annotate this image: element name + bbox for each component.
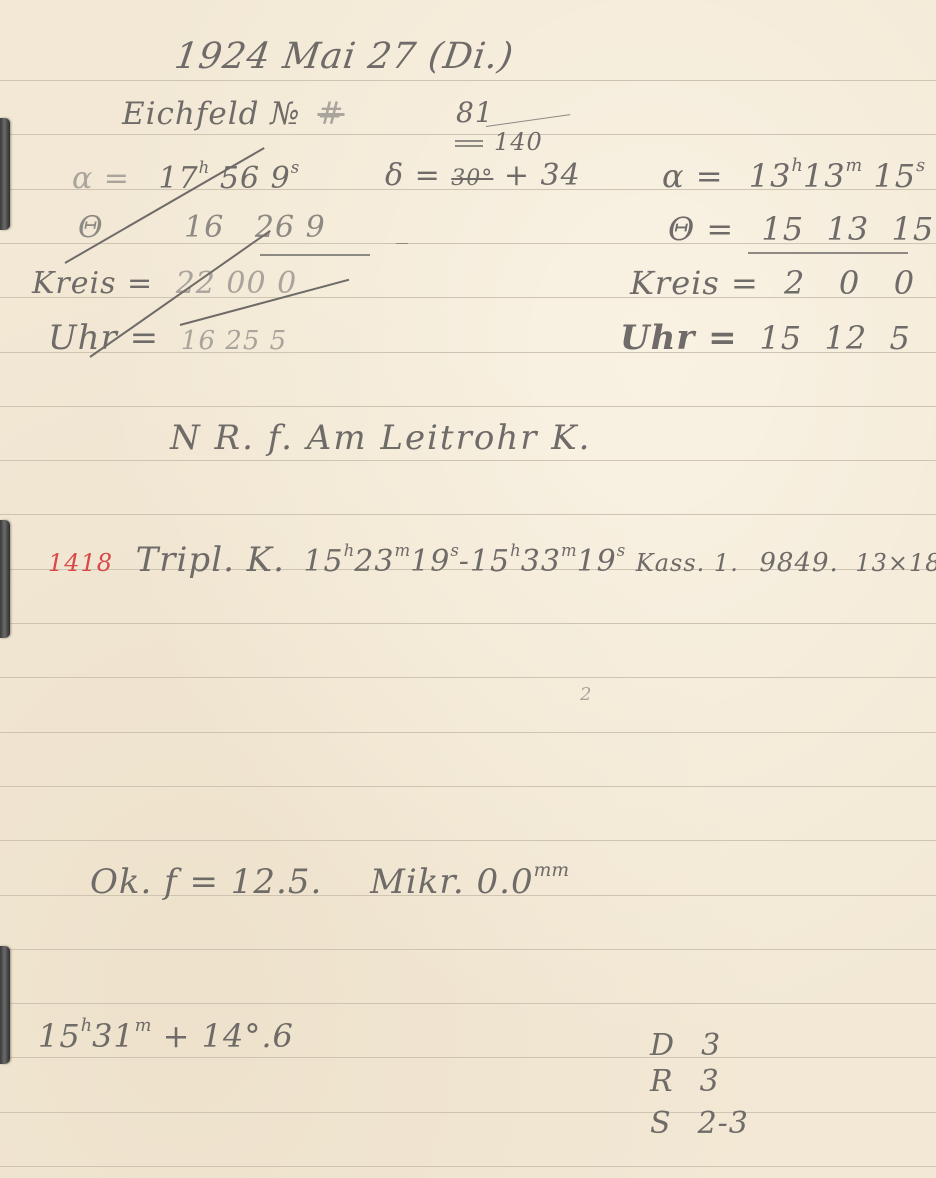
rating-row: R3 (650, 1064, 720, 1099)
left-theta-s: 9 (306, 210, 326, 245)
right-kreis-label: Kreis = (630, 264, 759, 302)
ruled-line (0, 406, 936, 407)
ruled-line (0, 134, 936, 135)
exposure-start-s: 19 (410, 544, 450, 579)
rating-value: 3 (701, 1028, 721, 1063)
left-uhr-values: 16 25 5 (181, 326, 287, 356)
ruled-line (0, 1057, 936, 1058)
right-alpha-m: 13 (803, 157, 846, 195)
binding-ring-bottom (0, 946, 10, 1064)
left-theta-label: Θ (78, 210, 104, 245)
exposure-start-m: 23 (354, 544, 394, 579)
right-theta-values: 15 13 15 (761, 210, 934, 248)
entry-date: 1924 Mai 27 (Di.) (172, 36, 516, 77)
left-uhr-row: Uhr = 16 25 5 (48, 318, 287, 358)
right-kreis-values: 2 0 0 (784, 264, 915, 302)
notebook-page: 1924 Mai 27 (Di.) Eichfeld № # 81 140 α … (0, 0, 936, 1178)
rating-value: 3 (700, 1064, 720, 1099)
exposure-end-h: 15 (470, 544, 510, 579)
right-theta-label: Θ = (668, 210, 734, 248)
exposure-row: 1418 Tripl. K. 15h23m19s-15h33m19s Kass.… (48, 540, 936, 580)
ruled-line (0, 623, 936, 624)
left-delta-row: δ = 30° + 34 (385, 158, 581, 193)
left-theta-row: Θ 16 26 9 (78, 210, 326, 245)
left-uhr-label: Uhr = (48, 318, 159, 358)
ruled-line (0, 786, 936, 787)
position-m: 31 (92, 1017, 135, 1055)
left-alpha-h: 17 (158, 161, 198, 196)
left-delta-label: δ = (385, 158, 441, 193)
ocular-row: Ok. f = 12.5. Mikr. 0.0mm (90, 860, 569, 902)
ruled-line (0, 514, 936, 515)
catalog-label: Eichfeld № # (122, 96, 344, 132)
ruled-line (0, 677, 936, 678)
plate-number: 1418 (48, 549, 113, 577)
plate-id: 9849. (759, 548, 838, 578)
exposure-start-h: 15 (303, 544, 343, 579)
instrument-note: N R. f. Am Leitrohr K. (170, 418, 592, 458)
fraction-bar (486, 114, 570, 127)
ruled-line (0, 949, 936, 950)
catalog-label-text: Eichfeld № (122, 96, 301, 132)
right-uhr-row: Uhr = 15 12 5 (620, 318, 911, 358)
catalog-sub-number: 140 (494, 128, 543, 156)
left-alpha-s: 9 (271, 161, 291, 196)
left-theta-m: 26 (255, 210, 295, 245)
right-uhr-values: 15 12 5 (759, 319, 910, 357)
rating-row: S2-3 (650, 1106, 749, 1141)
left-alpha-m: 56 (220, 161, 260, 196)
binding-ring-top (0, 118, 10, 230)
mikro-text: Mikr. 0.0 (370, 862, 534, 902)
stray-mark: 2 (580, 684, 592, 705)
rating-value: 2-3 (698, 1106, 749, 1141)
ocular-text: Ok. f = 12.5. (90, 862, 322, 902)
ruled-line (0, 1166, 936, 1167)
rating-row: D3 (650, 1028, 721, 1063)
position-declination: + 14°.6 (163, 1017, 294, 1055)
right-alpha-label: α = (662, 157, 724, 195)
left-delta-struck: 30° (451, 166, 493, 191)
left-kreis-label: Kreis = (32, 266, 153, 301)
ruled-line (0, 460, 936, 461)
right-theta-row: Θ = 15 13 15 (668, 210, 934, 248)
left-theta-h: 16 (184, 210, 224, 245)
position-h: 15 (38, 1017, 81, 1055)
ruled-line (0, 732, 936, 733)
rating-label: D (650, 1028, 675, 1063)
rating-label: R (650, 1064, 674, 1099)
right-alpha-row: α = 13h13m 15s (662, 156, 925, 195)
left-delta-value: + 34 (504, 158, 581, 193)
position-row: 15h31m + 14°.6 (38, 1016, 294, 1055)
plate-format: 13×18 (855, 549, 936, 577)
left-theta-dash (396, 243, 408, 244)
exposure-end-m: 33 (521, 544, 561, 579)
right-alpha-h: 13 (749, 157, 792, 195)
right-alpha-s: 15 (873, 157, 916, 195)
ruled-line (0, 80, 936, 81)
mikro-unit: mm (534, 860, 569, 881)
rating-label: S (650, 1106, 672, 1141)
right-kreis-row: Kreis = 2 0 0 (630, 264, 915, 302)
left-theta-underline (260, 254, 370, 256)
left-kreis-row: Kreis = 22 00 0 (32, 266, 297, 301)
left-alpha-row: α = 17h 56 9s (72, 158, 299, 196)
catalog-number-underline (455, 140, 483, 142)
ruled-line (0, 1112, 936, 1113)
binding-ring-middle (0, 520, 10, 638)
left-alpha-label: α = (72, 161, 130, 196)
kassette: Kass. 1. (636, 549, 739, 577)
exposure-end-s: 19 (577, 544, 617, 579)
catalog-number-underline-2 (455, 145, 483, 147)
ruled-line (0, 1003, 936, 1004)
exposure-label: Tripl. K. (136, 540, 285, 580)
catalog-number: 81 (456, 96, 494, 129)
catalog-struck: # (318, 96, 345, 132)
right-uhr-label: Uhr = (620, 318, 738, 358)
right-theta-underline (748, 252, 908, 254)
ruled-line (0, 840, 936, 841)
